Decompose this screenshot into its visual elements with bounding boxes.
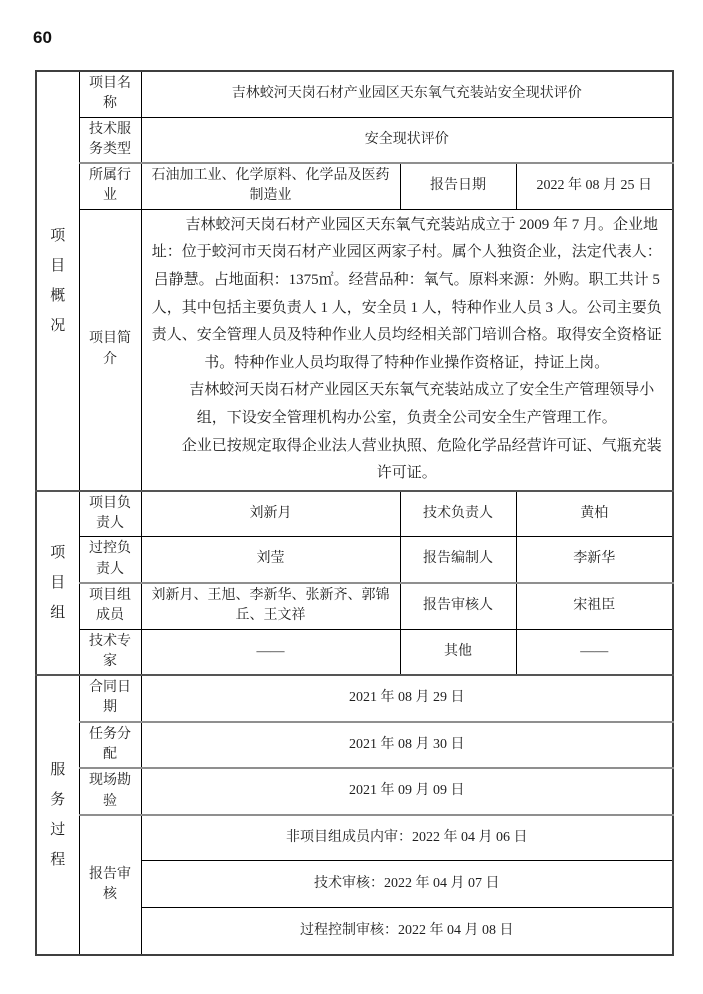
section-label-team: 项目组: [36, 491, 79, 675]
row-header-process-control-leader: 过控负责人: [79, 537, 141, 583]
tech-leader-label: 技术负责人: [400, 491, 516, 537]
report-reviewer-value: 宋祖臣: [516, 583, 673, 629]
row-header-industry: 所属行业: [79, 163, 141, 209]
row-header-project-leader: 项目负责人: [79, 491, 141, 537]
report-date-label: 报告日期: [400, 163, 516, 209]
row-header-site-survey: 现场勘验: [79, 768, 141, 815]
report-writer-label: 报告编制人: [400, 537, 516, 583]
project-brief: 吉林蛟河天岗石材产业园区天东氧气充装站成立于 2009 年 7 月。企业地址：位…: [141, 209, 673, 490]
internal-review-value: 非项目组成员内审：2022 年 04 月 06 日: [141, 815, 673, 861]
row-header-project-name: 项目名称: [79, 71, 141, 117]
report-writer-value: 李新华: [516, 537, 673, 583]
section-label-overview: 项目概况: [36, 71, 79, 491]
site-survey-value: 2021 年 09 月 09 日: [141, 768, 673, 815]
service-type-value: 安全现状评价: [141, 117, 673, 163]
other-label: 其他: [400, 629, 516, 675]
task-assignment-value: 2021 年 08 月 30 日: [141, 722, 673, 769]
technical-review-value: 技术审核：2022 年 04 月 07 日: [141, 861, 673, 908]
row-header-contract-date: 合同日期: [79, 675, 141, 722]
other-value: ——: [516, 629, 673, 675]
contract-date-value: 2021 年 08 月 29 日: [141, 675, 673, 722]
project-leader-value: 刘新月: [141, 491, 400, 537]
row-header-service-type: 技术服务类型: [79, 117, 141, 163]
section-label-process: 服务过程: [36, 675, 79, 955]
row-header-task-assignment: 任务分配: [79, 722, 141, 769]
project-summary-table: 项目概况 项目名称 吉林蛟河天岗石材产业园区天东氧气充装站安全现状评价 技术服务…: [35, 70, 674, 956]
tech-expert-value: ——: [141, 629, 400, 675]
report-date-value: 2022 年 08 月 25 日: [516, 163, 673, 209]
document-page: 60 项目概况 项目名称 吉林蛟河天岗石材产业园区天东氧气充装站安全现状评价 技…: [0, 0, 703, 994]
row-header-tech-expert: 技术专家: [79, 629, 141, 675]
project-name-value: 吉林蛟河天岗石材产业园区天东氧气充装站安全现状评价: [141, 71, 673, 117]
row-header-brief: 项目简介: [79, 209, 141, 490]
process-control-leader-value: 刘莹: [141, 537, 400, 583]
report-reviewer-label: 报告审核人: [400, 583, 516, 629]
team-members-value: 刘新月、王旭、李新华、张新齐、郭锦丘、王文祥: [141, 583, 400, 629]
brief-paragraph: 吉林蛟河天岗石材产业园区天东氧气充装站成立了安全生产管理领导小组，下设安全管理机…: [146, 377, 669, 432]
brief-paragraph: 吉林蛟河天岗石材产业园区天东氧气充装站成立于 2009 年 7 月。企业地址：位…: [146, 212, 669, 378]
tech-leader-value: 黄柏: [516, 491, 673, 537]
row-header-report-review: 报告审核: [79, 815, 141, 955]
brief-paragraph: 企业已按规定取得企业法人营业执照、危险化学品经营许可证、气瓶充装许可证。: [146, 433, 669, 488]
page-number: 60: [33, 28, 52, 48]
process-control-review-value: 过程控制审核：2022 年 04 月 08 日: [141, 908, 673, 955]
industry-value: 石油加工业、化学原料、化学品及医药制造业: [141, 163, 400, 209]
row-header-team-members: 项目组成员: [79, 583, 141, 629]
